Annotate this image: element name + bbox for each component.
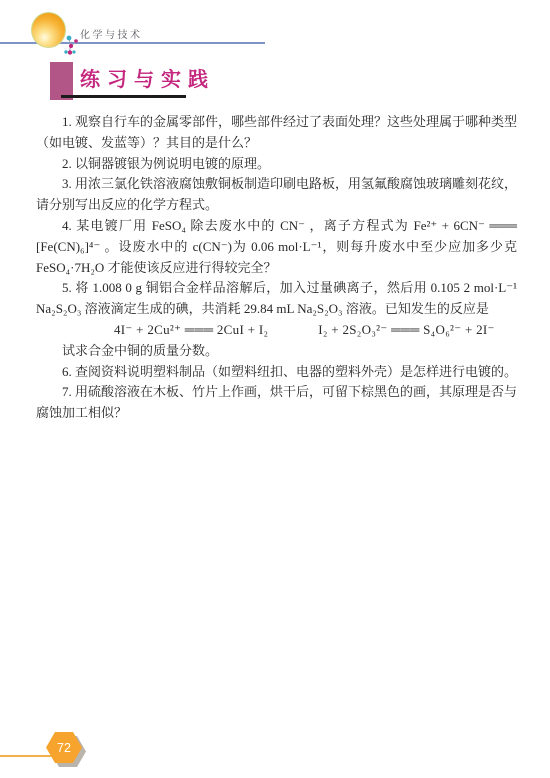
book-title: 化学与技术 — [80, 26, 143, 41]
page-number: 72 — [57, 741, 71, 755]
question-4: 4. 某电镀厂用 FeSO₄ 除去废水中的 CN⁻ ，离子方程式为 Fe²⁺ +… — [36, 216, 517, 278]
question-6: 6. 查阅资料说明塑料制品（如塑料纽扣、电器的塑料外壳）是怎样进行电镀的。 — [36, 362, 517, 383]
molecule-icon — [62, 34, 82, 61]
equation-copper-iodide: 4I⁻ + 2Cu²⁺ ═══ 2CuI + I₂ — [114, 320, 268, 341]
textbook-page: 化学与技术 练习与实践 1. 观察自行车的金属零部件，哪些部件经过了表面处理？这… — [0, 0, 550, 778]
equation-thiosulfate: I₂ + 2S₂O₃²⁻ ═══ S₄O₆²⁻ + 2I⁻ — [318, 320, 494, 341]
exercise-list: 1. 观察自行车的金属零部件，哪些部件经过了表面处理？这些处理属于哪种类型（如电… — [36, 112, 517, 424]
question-1: 1. 观察自行车的金属零部件，哪些部件经过了表面处理？这些处理属于哪种类型（如电… — [36, 112, 517, 154]
section-title: 练习与实践 — [80, 63, 215, 92]
question-5-intro: 5. 将 1.008 0 g 铜铝合金样品溶解后，加入过量碘离子，然后用 0.1… — [36, 278, 517, 320]
sphere-balloon-icon — [31, 12, 66, 48]
question-5-end: 试求合金中铜的质量分数。 — [36, 341, 517, 362]
question-7: 7. 用硫酸溶液在木板、竹片上作画，烘干后，可留下棕黑色的画，其原理是否与腐蚀加… — [36, 382, 517, 424]
question-2: 2. 以铜器镀银为例说明电镀的原理。 — [36, 154, 517, 175]
section-underline — [61, 95, 186, 98]
footer-rule — [0, 755, 52, 757]
question-5-equations: 4I⁻ + 2Cu²⁺ ═══ 2CuI + I₂ I₂ + 2S₂O₃²⁻ ═… — [36, 320, 517, 341]
question-3: 3. 用浓三氯化铁溶液腐蚀敷铜板制造印刷电路板，用氢氟酸腐蚀玻璃雕刻花纹，请分别… — [36, 174, 517, 216]
